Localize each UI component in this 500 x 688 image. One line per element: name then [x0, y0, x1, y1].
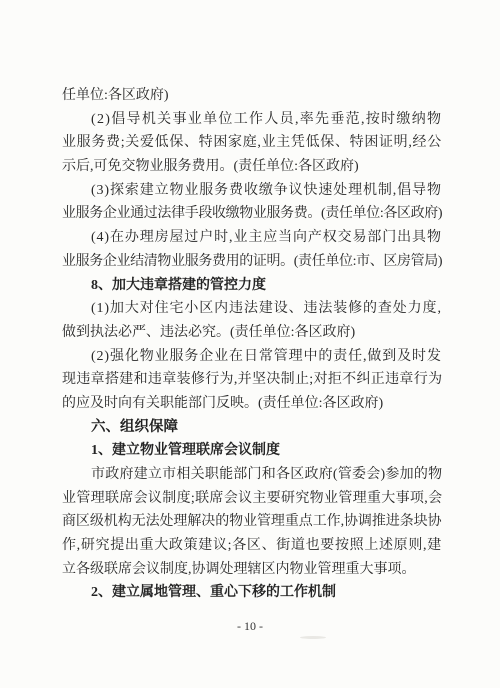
text-line: (3)探索建立物业服务费收缴争议快速处理机制,倡导物 — [91, 183, 442, 198]
text-line: 市政府建立市相关职能部门和各区政府(管委会)参加的物 — [91, 467, 442, 482]
document-page: 任单位:各区政府)(2)倡导机关事业单位工作人员,率先垂范,按时缴纳物业服务费;… — [0, 0, 500, 688]
text-line: 8、加大违章搭建的管控力度 — [91, 278, 266, 293]
text-line: (4)在办理房屋过户时,业主应当向产权交易部门出具物 — [91, 230, 442, 245]
text-line: 1、建立物业管理联席会议制度 — [91, 443, 280, 458]
text-line: 业服务企业通过法律手段收缴物业服务费。(责任单位:各区政府) — [62, 206, 442, 221]
text-line: 作,研究提出重大政策建议;各区、街道也要按照上述原则,建 — [62, 538, 442, 553]
text-line: 六、组织保障 — [91, 419, 178, 435]
text-line: (2)倡导机关事业单位工作人员,率先垂范,按时缴纳物 — [91, 112, 442, 127]
text-line: (2)强化物业服务企业在日常管理中的责任,做到及时发 — [91, 349, 442, 364]
text-line: 商区级机构无法处理解决的物业管理重点工作,协调推进条块协 — [62, 514, 442, 529]
text-line: 业管理联席会议制度;联席会议主要研究物业管理重大事项,会 — [62, 491, 442, 506]
document-body: 任单位:各区政府)(2)倡导机关事业单位工作人员,率先垂范,按时缴纳物业服务费;… — [62, 84, 442, 605]
text-line: (1)加大对住宅小区内违法建设、违法装修的查处力度, — [91, 301, 442, 316]
scan-smudge — [300, 636, 326, 639]
text-line: 业服务费;关爱低保、特困家庭,业主凭低保、特困证明,经公 — [62, 135, 442, 150]
text-line: 示后,可免交物业服务费用。(责任单位:各区政府) — [62, 159, 359, 174]
text-line: 做到执法必严、违法必究。(责任单位:各区政府) — [62, 325, 355, 340]
text-line: 任单位:各区政府) — [62, 88, 169, 103]
page-number: - 10 - — [0, 617, 500, 635]
text-line: 的应及时向有关职能部门反映。(责任单位:各区政府) — [62, 396, 383, 411]
text-line: 业服务企业结清物业服务费用的证明。(责任单位:市、区房管局) — [62, 254, 442, 269]
text-line: 2、建立属地管理、重心下移的工作机制 — [91, 585, 336, 600]
text-line: 立各级联席会议制度,协调处理辖区内物业管理重大事项。 — [62, 562, 416, 577]
text-line: 现违章搭建和违章装修行为,并坚决制止;对拒不纠正违章行为 — [62, 372, 442, 387]
